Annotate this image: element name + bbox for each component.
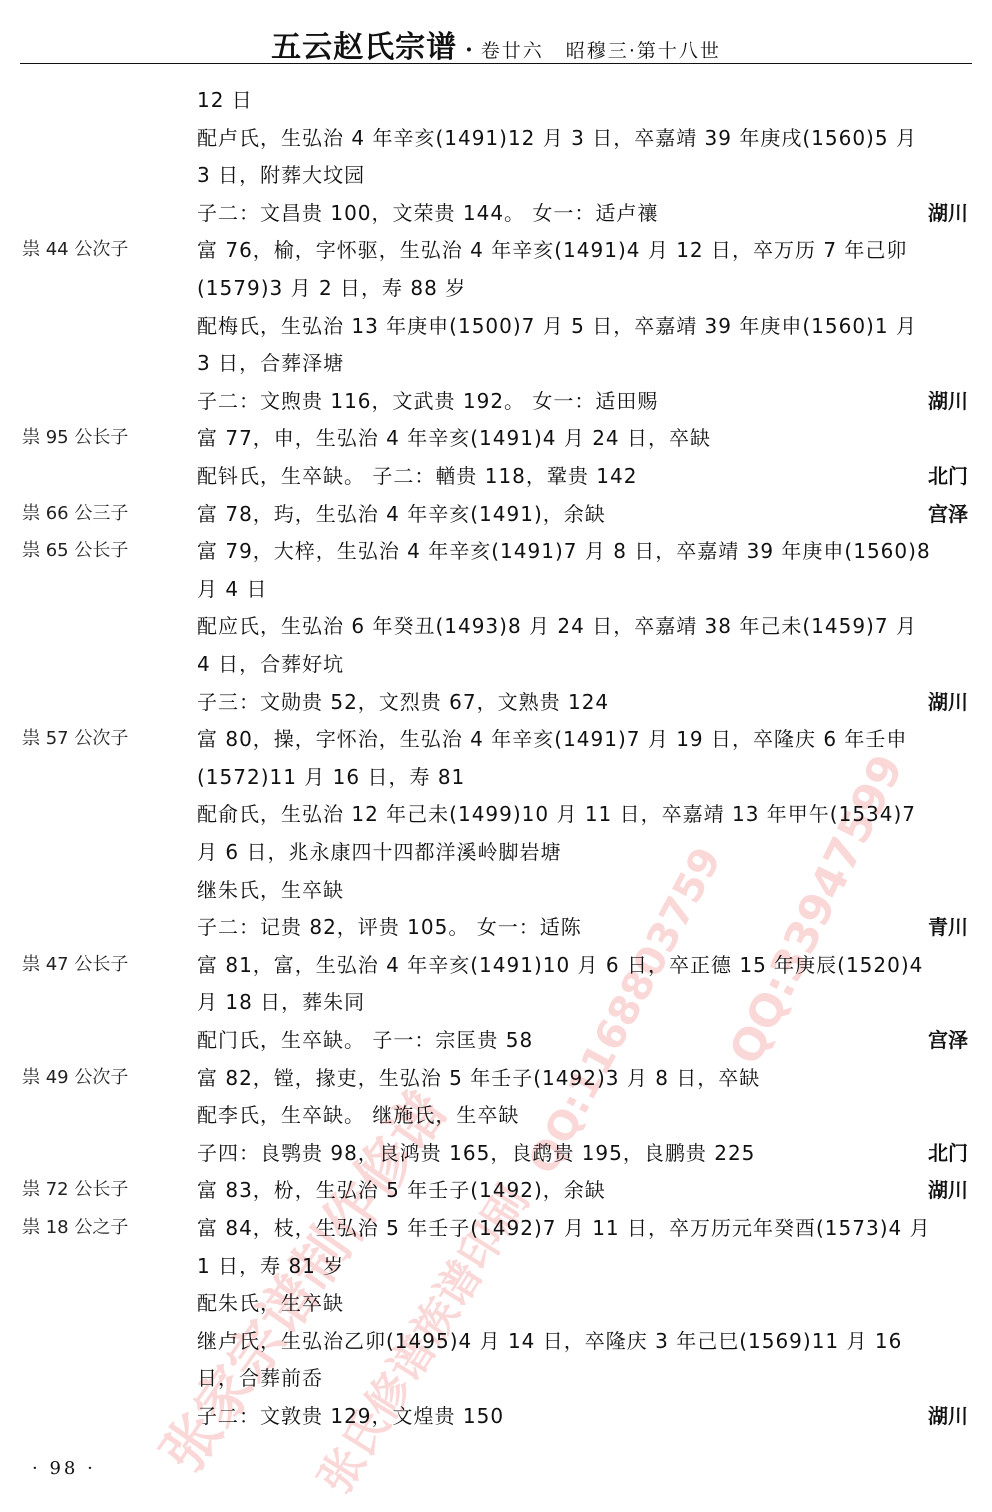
entry-text: 富 79，大梓，生弘治 4 年辛亥(1491)7 月 8 日，卒嘉靖 39 年庚… xyxy=(197,536,931,566)
entry-text: 富 82，镗，掾吏，生弘治 5 年壬子(1492)3 月 8 日，卒缺 xyxy=(197,1063,760,1093)
generation-label: 第十八世 xyxy=(637,40,721,62)
residence-place: 北门 xyxy=(928,1138,968,1168)
entry-line: 配钭氏，生卒缺。 子二：輶贵 118，鞏贵 142北门 xyxy=(0,461,992,491)
entry-text: 配梅氏，生弘治 13 年庚申(1500)7 月 5 日，卒嘉靖 39 年庚申(1… xyxy=(197,311,917,341)
page-number: · 98 · xyxy=(32,1458,96,1479)
entry-line: 子四：良鹗贵 98，良鸿贵 165，良鹉贵 195，良鹏贵 225北门 xyxy=(0,1138,992,1168)
lineage-label: 祟 57 公次子 xyxy=(22,724,128,754)
header-separator-2: · xyxy=(629,40,637,62)
entry-line: 祟 44 公次子富 76，榆，字怀驱，生弘治 4 年辛亥(1491)4 月 12… xyxy=(0,235,992,265)
lineage-label: 祟 66 公三子 xyxy=(22,499,128,529)
entry-line: 祟 95 公长子富 77，申，生弘治 4 年辛亥(1491)4 月 24 日，卒… xyxy=(0,423,992,453)
entry-text: 富 77，申，生弘治 4 年辛亥(1491)4 月 24 日，卒缺 xyxy=(197,423,711,453)
entry-line: 祟 72 公长子富 83，枌，生弘治 5 年壬子(1492)，余缺湖川 xyxy=(0,1175,992,1205)
watermark: QQ:33947599 xyxy=(720,747,914,1073)
entry-line: 配卢氏，生弘治 4 年辛亥(1491)12 月 3 日，卒嘉靖 39 年庚戌(1… xyxy=(0,123,992,153)
entry-line: 配梅氏，生弘治 13 年庚申(1500)7 月 5 日，卒嘉靖 39 年庚申(1… xyxy=(0,311,992,341)
entry-text: 月 4 日 xyxy=(197,574,267,604)
entry-line: 子二：文煦贵 116，文武贵 192。 女一：适田赐湖川 xyxy=(0,386,992,416)
entry-line: 继朱氏，生卒缺 xyxy=(0,875,992,905)
entry-text: 月 6 日，兆永康四十四都洋溪岭脚岩塘 xyxy=(197,837,561,867)
entry-line: 3 日，附葬大坟园 xyxy=(0,160,992,190)
entry-line: 配俞氏，生弘治 12 年己未(1499)10 月 11 日，卒嘉靖 13 年甲午… xyxy=(0,799,992,829)
entry-text: 富 80，操，字怀治，生弘治 4 年辛亥(1491)7 月 19 日，卒隆庆 6… xyxy=(197,724,907,754)
residence-place: 湖川 xyxy=(928,1401,968,1431)
entry-line: 子三：文勋贵 52，文烈贵 67，文熟贵 124湖川 xyxy=(0,687,992,717)
entry-text: 配钭氏，生卒缺。 子二：輶贵 118，鞏贵 142 xyxy=(197,461,637,491)
entry-line: 子二：文敦贵 129，文煌贵 150湖川 xyxy=(0,1401,992,1431)
entry-line: 祟 66 公三子富 78，玙，生弘治 4 年辛亥(1491)，余缺宫泽 xyxy=(0,499,992,529)
entry-text: 配俞氏，生弘治 12 年己未(1499)10 月 11 日，卒嘉靖 13 年甲午… xyxy=(197,799,916,829)
residence-place: 宫泽 xyxy=(928,499,968,529)
entry-text: 配应氏，生弘治 6 年癸丑(1493)8 月 24 日，卒嘉靖 38 年己未(1… xyxy=(197,611,917,641)
entry-text: 3 日，合葬泽塘 xyxy=(197,348,344,378)
lineage-label: 祟 18 公之子 xyxy=(22,1213,128,1243)
entry-text: 配李氏，生卒缺。 继施氏，生卒缺 xyxy=(197,1100,519,1130)
section-label: 昭穆三 xyxy=(566,40,629,62)
lineage-label: 祟 49 公次子 xyxy=(22,1063,128,1093)
entry-line: 日，合葬前岙 xyxy=(0,1363,992,1393)
entry-text: 子二：文昌贵 100，文荣贵 144。 女一：适卢禳 xyxy=(197,198,658,228)
page-header: 五云赵氏宗谱·卷廿六昭穆三·第十八世 xyxy=(0,22,992,66)
lineage-label: 祟 47 公长子 xyxy=(22,950,128,980)
entry-text: 子二：文煦贵 116，文武贵 192。 女一：适田赐 xyxy=(197,386,658,416)
entry-line: 1 日，寿 81 岁 xyxy=(0,1251,992,1281)
residence-place: 湖川 xyxy=(928,687,968,717)
entry-text: 富 78，玙，生弘治 4 年辛亥(1491)，余缺 xyxy=(197,499,606,529)
lineage-label: 祟 65 公长子 xyxy=(22,536,128,566)
entry-line: 祟 18 公之子富 84，枝，生弘治 5 年壬子(1492)7 月 11 日，卒… xyxy=(0,1213,992,1243)
entry-text: 子四：良鹗贵 98，良鸿贵 165，良鹉贵 195，良鹏贵 225 xyxy=(197,1138,755,1168)
entry-text: 配朱氏，生卒缺 xyxy=(197,1288,344,1318)
entry-text: 配卢氏，生弘治 4 年辛亥(1491)12 月 3 日，卒嘉靖 39 年庚戌(1… xyxy=(197,123,917,153)
entry-line: 4 日，合葬好坑 xyxy=(0,649,992,679)
entry-line: 祟 47 公长子富 81，富，生弘治 4 年辛亥(1491)10 月 6 日，卒… xyxy=(0,950,992,980)
entry-text: 1 日，寿 81 岁 xyxy=(197,1251,344,1281)
lineage-label: 祟 95 公长子 xyxy=(22,423,128,453)
header-rule xyxy=(20,63,972,64)
residence-place: 湖川 xyxy=(928,386,968,416)
entry-line: 12 日 xyxy=(0,85,992,115)
entry-line: 祟 57 公次子富 80，操，字怀治，生弘治 4 年辛亥(1491)7 月 19… xyxy=(0,724,992,754)
residence-place: 湖川 xyxy=(928,198,968,228)
residence-place: 青川 xyxy=(928,912,968,942)
entry-line: (1572)11 月 16 日，寿 81 xyxy=(0,762,992,792)
entry-line: 祟 49 公次子富 82，镗，掾吏，生弘治 5 年壬子(1492)3 月 8 日… xyxy=(0,1063,992,1093)
entry-line: (1579)3 月 2 日，寿 88 岁 xyxy=(0,273,992,303)
entry-text: (1572)11 月 16 日，寿 81 xyxy=(197,762,465,792)
entry-text: 配门氏，生卒缺。 子一：宗匡贵 58 xyxy=(197,1025,533,1055)
book-title: 五云赵氏宗谱 xyxy=(271,30,457,65)
entry-text: (1579)3 月 2 日，寿 88 岁 xyxy=(197,273,466,303)
entry-line: 月 4 日 xyxy=(0,574,992,604)
entry-line: 子二：记贵 82，评贵 105。 女一：适陈青川 xyxy=(0,912,992,942)
entry-text: 子二：文敦贵 129，文煌贵 150 xyxy=(197,1401,504,1431)
entry-line: 祟 65 公长子富 79，大梓，生弘治 4 年辛亥(1491)7 月 8 日，卒… xyxy=(0,536,992,566)
entry-text: 富 84，枝，生弘治 5 年壬子(1492)7 月 11 日，卒万历元年癸酉(1… xyxy=(197,1213,931,1243)
entry-text: 富 81，富，生弘治 4 年辛亥(1491)10 月 6 日，卒正德 15 年庚… xyxy=(197,950,923,980)
entry-text: 4 日，合葬好坑 xyxy=(197,649,344,679)
entry-text: 富 76，榆，字怀驱，生弘治 4 年辛亥(1491)4 月 12 日，卒万历 7… xyxy=(197,235,907,265)
entry-line: 子二：文昌贵 100，文荣贵 144。 女一：适卢禳湖川 xyxy=(0,198,992,228)
entry-text: 继卢氏，生弘治乙卯(1495)4 月 14 日，卒隆庆 3 年己巳(1569)1… xyxy=(197,1326,902,1356)
entry-text: 子二：记贵 82，评贵 105。 女一：适陈 xyxy=(197,912,582,942)
entry-text: 3 日，附葬大坟园 xyxy=(197,160,365,190)
residence-place: 宫泽 xyxy=(928,1025,968,1055)
entry-line: 月 18 日，葬朱同 xyxy=(0,987,992,1017)
lineage-label: 祟 44 公次子 xyxy=(22,235,128,265)
residence-place: 湖川 xyxy=(928,1175,968,1205)
header-separator: · xyxy=(465,37,473,63)
entry-line: 继卢氏，生弘治乙卯(1495)4 月 14 日，卒隆庆 3 年己巳(1569)1… xyxy=(0,1326,992,1356)
entry-line: 3 日，合葬泽塘 xyxy=(0,348,992,378)
entry-text: 月 18 日，葬朱同 xyxy=(197,987,365,1017)
residence-place: 北门 xyxy=(928,461,968,491)
lineage-label: 祟 72 公长子 xyxy=(22,1175,128,1205)
entry-line: 配朱氏，生卒缺 xyxy=(0,1288,992,1318)
entry-text: 富 83，枌，生弘治 5 年壬子(1492)，余缺 xyxy=(197,1175,606,1205)
entry-text: 子三：文勋贵 52，文烈贵 67，文熟贵 124 xyxy=(197,687,609,717)
entry-text: 继朱氏，生卒缺 xyxy=(197,875,344,905)
entry-line: 配李氏，生卒缺。 继施氏，生卒缺 xyxy=(0,1100,992,1130)
entry-line: 配应氏，生弘治 6 年癸丑(1493)8 月 24 日，卒嘉靖 38 年己未(1… xyxy=(0,611,992,641)
entry-line: 配门氏，生卒缺。 子一：宗匡贵 58宫泽 xyxy=(0,1025,992,1055)
volume-label: 卷廿六 xyxy=(481,40,544,62)
entry-text: 日，合葬前岙 xyxy=(197,1363,323,1393)
entry-text: 12 日 xyxy=(197,85,253,115)
entry-line: 月 6 日，兆永康四十四都洋溪岭脚岩塘 xyxy=(0,837,992,867)
